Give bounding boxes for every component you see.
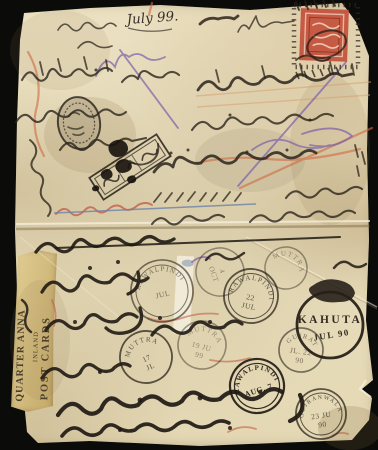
- postmark-date: JL: [145, 361, 157, 373]
- script-stroke-heaviest: [58, 389, 302, 421]
- postmark-date: 99: [194, 350, 205, 361]
- postmark-date: 90: [295, 355, 305, 365]
- date-flourish: [128, 28, 172, 31]
- strike-line: [56, 237, 340, 248]
- stain: [10, 10, 110, 90]
- fold-highlight: [16, 221, 370, 224]
- manuscript-date: July 99.: [123, 8, 179, 28]
- patch: [173, 256, 194, 335]
- postmark-date: JUL: [155, 289, 171, 301]
- blue-crossout-line: [54, 204, 256, 213]
- photo-scene: QUARTER ANNA INLAND POST CARDS: [0, 0, 378, 450]
- postmark-faint-oct: 4 OCT: [189, 241, 251, 303]
- postmark-date: JUL 90: [313, 327, 351, 343]
- red-native-stamp: [294, 0, 358, 79]
- postmark-rawalpindi-aug: RAWALPINDI AUG. 7: [223, 352, 291, 420]
- postmark-date: JUL: [241, 300, 257, 312]
- stamp-paper: [299, 8, 349, 62]
- postmark-town: KAHUTA: [298, 314, 363, 326]
- stamp-body: [299, 8, 349, 62]
- postmark-date: OCT: [207, 265, 221, 284]
- markings-overlay: July 99.: [0, 0, 378, 450]
- postmark-rawalpindi-2: RAWALPINDI 22 JUL: [219, 264, 283, 328]
- fold-shadow: [16, 226, 370, 229]
- postmark-kahuta: KAHUTA JUL 90: [297, 279, 363, 358]
- torn-notch-edge: [360, 380, 371, 397]
- ink-blob-on-ring: [309, 279, 355, 302]
- scraped-patch: [173, 256, 194, 335]
- postmark-date: 90: [318, 419, 328, 429]
- script-stroke-bottom-row: [62, 421, 229, 436]
- stain: [10, 280, 70, 400]
